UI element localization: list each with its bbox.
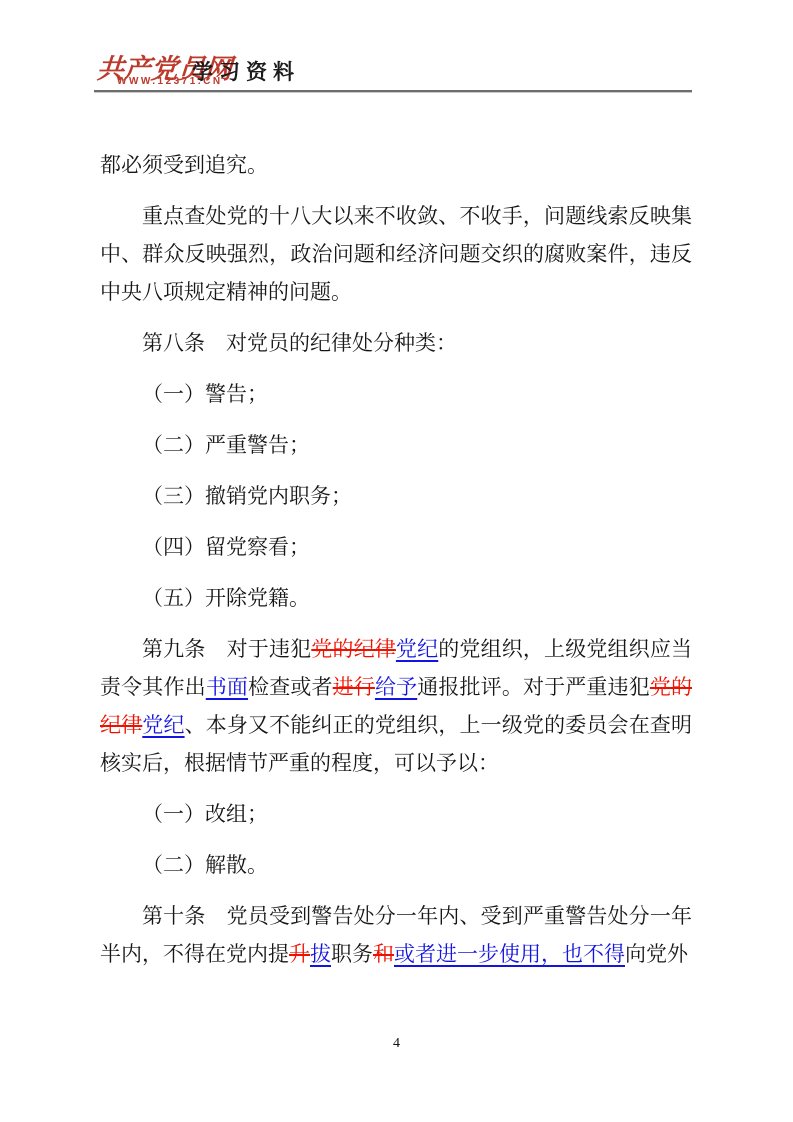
paragraph: （一）警告； bbox=[100, 375, 692, 413]
text-run: （二）解散。 bbox=[142, 853, 268, 877]
inserted-text: 党纪 bbox=[142, 713, 184, 737]
paragraph: （一）改组； bbox=[100, 795, 692, 833]
text-run: 重点查处党的十八大以来不收敛、不收手，问题线索反映集中、群众反映强烈，政治问题和… bbox=[100, 204, 692, 304]
inserted-text: 给予 bbox=[375, 675, 417, 699]
text-run: （二）严重警告； bbox=[142, 433, 310, 457]
text-run: （四）留党察看； bbox=[142, 535, 310, 559]
inserted-text: 书面 bbox=[206, 675, 248, 699]
paragraph: （四）留党察看； bbox=[100, 528, 692, 566]
paragraph: 第十条 党员受到警告处分一年内、受到严重警告处分一年半内，不得在党内提升拔职务和… bbox=[100, 897, 692, 973]
deleted-text: 党的纪律 bbox=[311, 637, 396, 661]
document-page: 共产党员网 WWW.12371.CN 学习资料 都必须受到追究。重点查处党的十八… bbox=[0, 0, 793, 1122]
paragraph: 都必须受到追究。 bbox=[100, 146, 692, 184]
text-run: 通报批评。对于严重违犯 bbox=[417, 675, 650, 699]
text-run: 检查或者 bbox=[248, 675, 333, 699]
paragraph: （三）撤销党内职务； bbox=[100, 477, 692, 515]
paragraph: 重点查处党的十八大以来不收敛、不收手，问题线索反映集中、群众反映强烈，政治问题和… bbox=[100, 197, 692, 311]
text-run: 第九条 对于违犯 bbox=[142, 637, 311, 661]
deleted-text: 进行 bbox=[333, 675, 375, 699]
page-number: 4 bbox=[0, 1036, 793, 1052]
text-run: （一）改组； bbox=[142, 802, 268, 826]
text-run: 第八条 对党员的纪律处分种类： bbox=[142, 331, 457, 355]
deleted-text: 升 bbox=[289, 942, 310, 966]
paragraph: （二）严重警告； bbox=[100, 426, 692, 464]
deleted-text: 和 bbox=[373, 942, 394, 966]
document-body: 都必须受到追究。重点查处党的十八大以来不收敛、不收手，问题线索反映集中、群众反映… bbox=[100, 146, 692, 986]
inserted-text: 拔 bbox=[310, 942, 331, 966]
inserted-text: 或者进一步使用，也不得 bbox=[394, 942, 625, 966]
text-run: 都必须受到追究。 bbox=[100, 153, 268, 177]
text-run: （一）警告； bbox=[142, 382, 268, 406]
paragraph: 第九条 对于违犯党的纪律党纪的党组织，上级党组织应当责令其作出书面检查或者进行给… bbox=[100, 630, 692, 782]
text-run: 、本身又不能纠正的党组织，上一级党的委员会在查明核实后，根据情节严重的程度，可以… bbox=[100, 713, 692, 775]
header-divider bbox=[94, 90, 692, 93]
paragraph: （二）解散。 bbox=[100, 846, 692, 884]
text-run: （五）开除党籍。 bbox=[142, 586, 310, 610]
text-run: （三）撤销党内职务； bbox=[142, 484, 352, 508]
paragraph: 第八条 对党员的纪律处分种类： bbox=[100, 324, 692, 362]
inserted-text: 党纪 bbox=[396, 637, 438, 661]
text-run: 向党外 bbox=[625, 942, 688, 966]
paragraph: （五）开除党籍。 bbox=[100, 579, 692, 617]
text-run: 职务 bbox=[331, 942, 373, 966]
header-section-label: 学习资料 bbox=[192, 56, 300, 86]
